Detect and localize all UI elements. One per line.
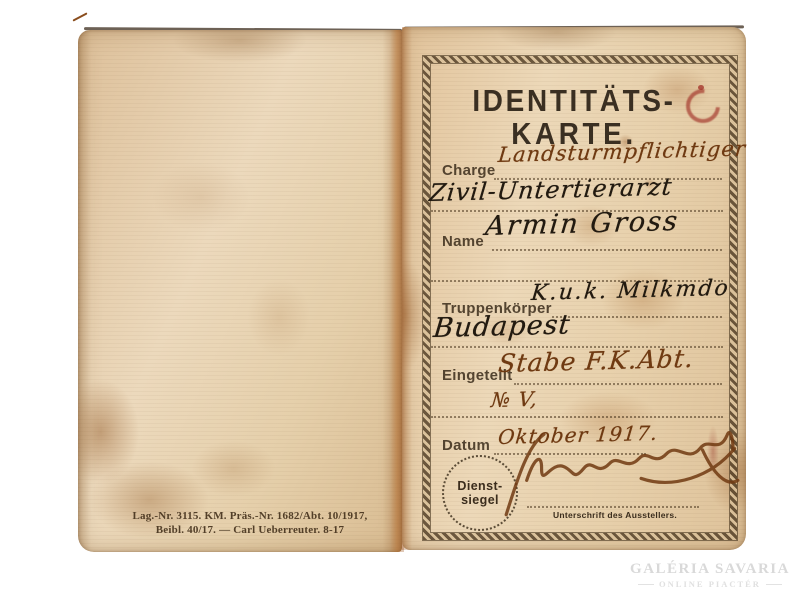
field-label-charge: Charge [442,162,495,179]
handwriting-number: № V, [490,387,539,412]
dotted-line [514,383,722,385]
handwriting-name-value: Armin Gross [484,206,681,242]
watermark-line2: ONLINE PIACTÉR [624,579,796,589]
watermark: GALÉRIA SAVARIA ONLINE PIACTÉR [624,561,796,589]
handwriting-budapest: Budapest [432,309,572,344]
imprint-line2: Beibl. 40/17. — Carl Ueberreuter. 8-17 [118,523,382,537]
signature-line [527,506,699,508]
field-label-datum: Datum [442,437,490,454]
dotted-line [552,316,722,318]
handwriting-eingeteilt-value: Stabe F.K.Abt. [497,344,695,378]
dotted-line [492,249,722,251]
handwriting-truppenkoerper-value: K.u.k. Milkmdo [530,276,731,306]
photo-of-identity-booklet: Lag.-Nr. 3115. KM. Präs.-Nr. 1682/Abt. 1… [0,0,800,598]
watermark-line1: GALÉRIA SAVARIA [624,561,796,578]
title-line1: IDENTITÄTS- [419,85,729,118]
identity-card-page: IDENTITÄTS- KARTE. Charge Landsturmpflic… [402,27,746,550]
imprint-line1: Lag.-Nr. 3115. KM. Präs.-Nr. 1682/Abt. 1… [118,509,382,523]
paper-thread [72,12,87,21]
field-label-name: Name [442,233,484,250]
left-page: Lag.-Nr. 3115. KM. Präs.-Nr. 1682/Abt. 1… [78,30,402,552]
signature-caption: Unterschrift des Ausstellers. [530,510,700,520]
print-imprint: Lag.-Nr. 3115. KM. Präs.-Nr. 1682/Abt. 1… [118,509,382,538]
